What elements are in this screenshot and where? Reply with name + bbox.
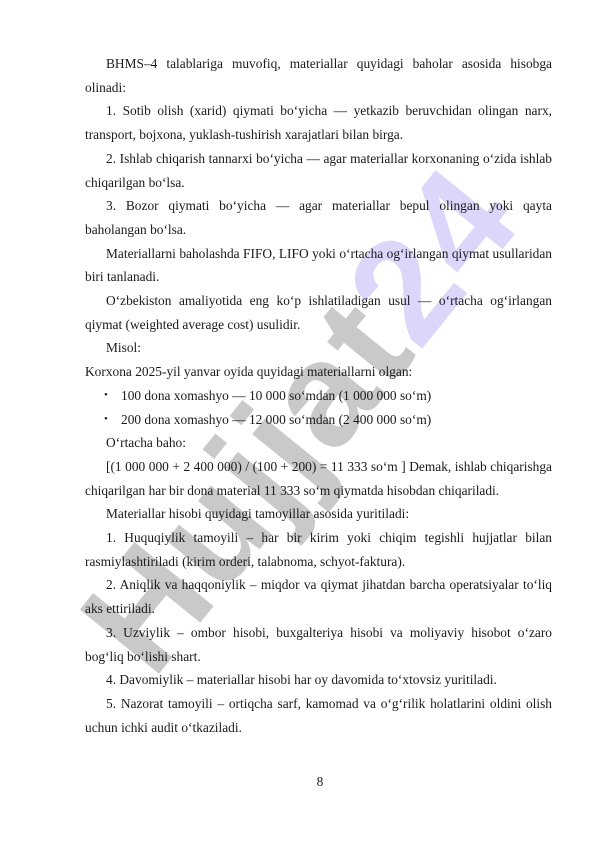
list-item: • 100 dona xomashyo — 10 000 so‘mdan (1 …: [85, 384, 552, 408]
list-item-text: 100 dona xomashyo — 10 000 so‘mdan (1 00…: [121, 388, 431, 403]
paragraph-average-label: O‘rtacha baho:: [85, 431, 552, 455]
bullet-icon: •: [104, 408, 108, 432]
paragraph-valuation-3: 3. Bozor qiymati bo‘yicha — agar materia…: [85, 194, 552, 241]
paragraph-principles-intro: Materiallar hisobi quyidagi tamoyillar a…: [85, 502, 552, 526]
paragraph-valuation-1: 1. Sotib olish (xarid) qiymati bo‘yicha …: [85, 99, 552, 146]
document-body: BHMS–4 talablariga muvofiq, materiallar …: [85, 52, 552, 739]
page-number: 8: [22, 774, 596, 790]
paragraph-principle-4: 4. Davomiylik – materiallar hisobi har o…: [85, 668, 552, 692]
document-page: Hujjat24 BHMS–4 talablariga muvofiq, mat…: [0, 0, 596, 842]
paragraph-principle-2: 2. Aniqlik va haqqoniylik – miqdor va qi…: [85, 573, 552, 620]
paragraph-principle-1: 1. Huquqiylik tamoyili – har bir kirim y…: [85, 526, 552, 573]
bullet-icon: •: [104, 384, 108, 408]
paragraph-formula: [(1 000 000 + 2 400 000) / (100 + 200) =…: [85, 455, 552, 502]
paragraph-intro: BHMS–4 talablariga muvofiq, materiallar …: [85, 52, 552, 99]
paragraph-example-intro: Korxona 2025-yil yanvar oyida quyidagi m…: [85, 360, 552, 384]
list-item: • 200 dona xomashyo — 12 000 so‘mdan (2 …: [85, 408, 552, 432]
list-item-text: 200 dona xomashyo — 12 000 so‘mdan (2 40…: [121, 412, 431, 427]
paragraph-principle-3: 3. Uzviylik – ombor hisobi, buxgalteriya…: [85, 621, 552, 668]
paragraph-valuation-2: 2. Ishlab chiqarish tannarxi bo‘yicha — …: [85, 147, 552, 194]
paragraph-example-label: Misol:: [85, 336, 552, 360]
paragraph-methods: Materiallarni baholashda FIFO, LIFO yoki…: [85, 242, 552, 289]
paragraph-uzbekistan-practice: O‘zbekiston amaliyotida eng ko‘p ishlati…: [85, 289, 552, 336]
example-bullet-list: • 100 dona xomashyo — 10 000 so‘mdan (1 …: [85, 384, 552, 431]
paragraph-principle-5: 5. Nazorat tamoyili – ortiqcha sarf, kam…: [85, 692, 552, 739]
